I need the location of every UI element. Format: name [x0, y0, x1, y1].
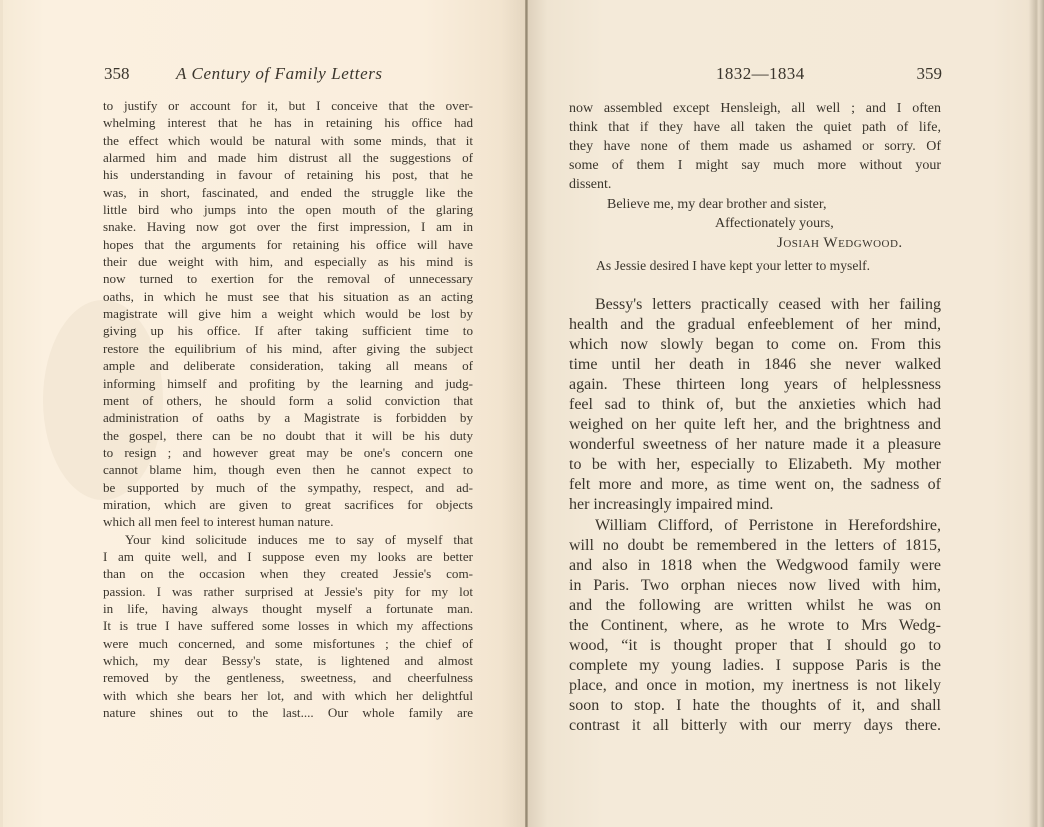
text-line: miration, which are given to great sacri… — [103, 496, 473, 513]
text-line: than on the occasion when they created J… — [103, 565, 473, 582]
book-spread: 358 A Century of Family Letters to justi… — [0, 0, 1044, 827]
text-line: some of them I might say much more witho… — [569, 156, 941, 175]
text-line: in life, having always thought myself a … — [103, 600, 473, 617]
text-line: which now slowly began to come on. From … — [569, 335, 941, 355]
text-line: felt more and more, as time went on, the… — [569, 475, 941, 495]
text-line: think that if they have all taken the qu… — [569, 118, 941, 137]
text-line: nature shines out to the last.... Our wh… — [103, 704, 473, 721]
text-line: magistrate will give him a weight which … — [103, 305, 473, 322]
text-line: contrast it all bitterly with our merry … — [569, 716, 941, 736]
left-page-body: to justify or account for it, but I conc… — [103, 97, 473, 721]
text-line: to be with her, especially to Elizabeth.… — [569, 455, 941, 475]
text-line: weighed on her quite left her, and the b… — [569, 415, 941, 435]
text-line: was, in short, fascinated, and ended the… — [103, 184, 473, 201]
signature: Josiah Wedgwood. — [777, 234, 903, 254]
page-number-right: 359 — [917, 62, 943, 86]
text-line: will no doubt be remembered in the lette… — [569, 536, 941, 556]
text-line: be supported by much of the sympathy, re… — [103, 479, 473, 496]
text-line: oaths, in which he must see that his sit… — [103, 288, 473, 305]
book-gutter — [525, 0, 528, 827]
postscript: As Jessie desired I have kept your lette… — [596, 258, 870, 274]
text-line: again. These thirteen long years of help… — [569, 375, 941, 395]
text-line: were much concerned, and some misfortune… — [103, 635, 473, 652]
right-page-header: 1832—1834 359 — [566, 62, 942, 86]
left-page-header: 358 A Century of Family Letters — [104, 62, 474, 86]
paragraph-start-line: William Clifford, of Perristone in Heref… — [569, 516, 941, 536]
text-line: their due weight with him, and especiall… — [103, 253, 473, 270]
running-title-left: A Century of Family Letters — [176, 62, 383, 86]
text-line: wonderful sweetness of her nature made i… — [569, 435, 941, 455]
text-line: now turned to exertion for the removal o… — [103, 270, 473, 287]
salutation: Believe me, my dear brother and sister, — [607, 195, 826, 215]
text-line: her increasingly impaired mind. — [569, 495, 941, 515]
text-line: little bird who jumps into the open mout… — [103, 201, 473, 218]
text-line: passion. I was rather surprised at Jessi… — [103, 583, 473, 600]
text-line: which, my dear Bessy's state, is lighten… — [103, 652, 473, 669]
text-line: informing himself and profiting by the l… — [103, 375, 473, 392]
text-line: to resign ; and however great may be one… — [103, 444, 473, 461]
text-line: and also in 1818 when the Wedgwood famil… — [569, 556, 941, 576]
text-line: now assembled except Hensleigh, all well… — [569, 99, 941, 118]
text-line: It is true I have suffered some losses i… — [103, 617, 473, 634]
text-line: which all men feel to interest human nat… — [103, 513, 473, 530]
text-line: to justify or account for it, but I conc… — [103, 97, 473, 114]
text-line: complete my young ladies. I suppose Pari… — [569, 656, 941, 676]
paragraph-start-line: Bessy's letters practically ceased with … — [569, 295, 941, 315]
text-line: place, and once in motion, my inertness … — [569, 676, 941, 696]
text-line: ample and deliberate consideration, taki… — [103, 357, 473, 374]
text-line: administration of oaths by a Magistrate … — [103, 409, 473, 426]
text-line: whelming interest that he has in retaini… — [103, 114, 473, 131]
text-line: alarmed him and made him distrust all th… — [103, 149, 473, 166]
text-line: snake. Having now got over the first imp… — [103, 218, 473, 235]
text-line: cannot blame him, though even then he ca… — [103, 461, 473, 478]
letter-continuation: now assembled except Hensleigh, all well… — [569, 99, 941, 194]
text-line: hopes that the arguments for retaining h… — [103, 236, 473, 253]
text-line: dissent. — [569, 175, 941, 194]
text-line: feel sad to think of, but the anxieties … — [569, 395, 941, 415]
text-line: the effect which would be natural with s… — [103, 132, 473, 149]
text-line: soon to stop. I hate the thoughts of it,… — [569, 696, 941, 716]
text-line: they have none of them made us ashamed o… — [569, 137, 941, 156]
valediction: Affectionately yours, — [715, 214, 834, 234]
text-line: and the following are written whilst he … — [569, 596, 941, 616]
paragraph-start-line: Your kind solicitude induces me to say o… — [103, 531, 473, 548]
running-title-right: 1832—1834 — [716, 62, 805, 86]
text-line: restore the equilibrium of his mind, aft… — [103, 340, 473, 357]
text-line: in Paris. Two orphan nieces now lived wi… — [569, 576, 941, 596]
text-line: ment of others, he should form a solid c… — [103, 392, 473, 409]
text-line: wood, “it is thought proper that I shoul… — [569, 636, 941, 656]
text-line: removed by the gentleness, sweetness, an… — [103, 669, 473, 686]
text-line: time until her death in 1846 she never w… — [569, 355, 941, 375]
right-page-body: Bessy's letters practically ceased with … — [569, 295, 941, 736]
text-line: health and the gradual enfeeblement of h… — [569, 315, 941, 335]
text-line: giving up his office. If after taking su… — [103, 322, 473, 339]
text-line: I am quite well, and I suppose even my l… — [103, 548, 473, 565]
text-line: the gospel, there can be no doubt that i… — [103, 427, 473, 444]
text-line: with which she bears her lot, and with w… — [103, 687, 473, 704]
page-number-left: 358 — [104, 62, 130, 86]
text-line: his understanding in favour of retaining… — [103, 166, 473, 183]
text-line: the Continent, where, as he wrote to Mrs… — [569, 616, 941, 636]
